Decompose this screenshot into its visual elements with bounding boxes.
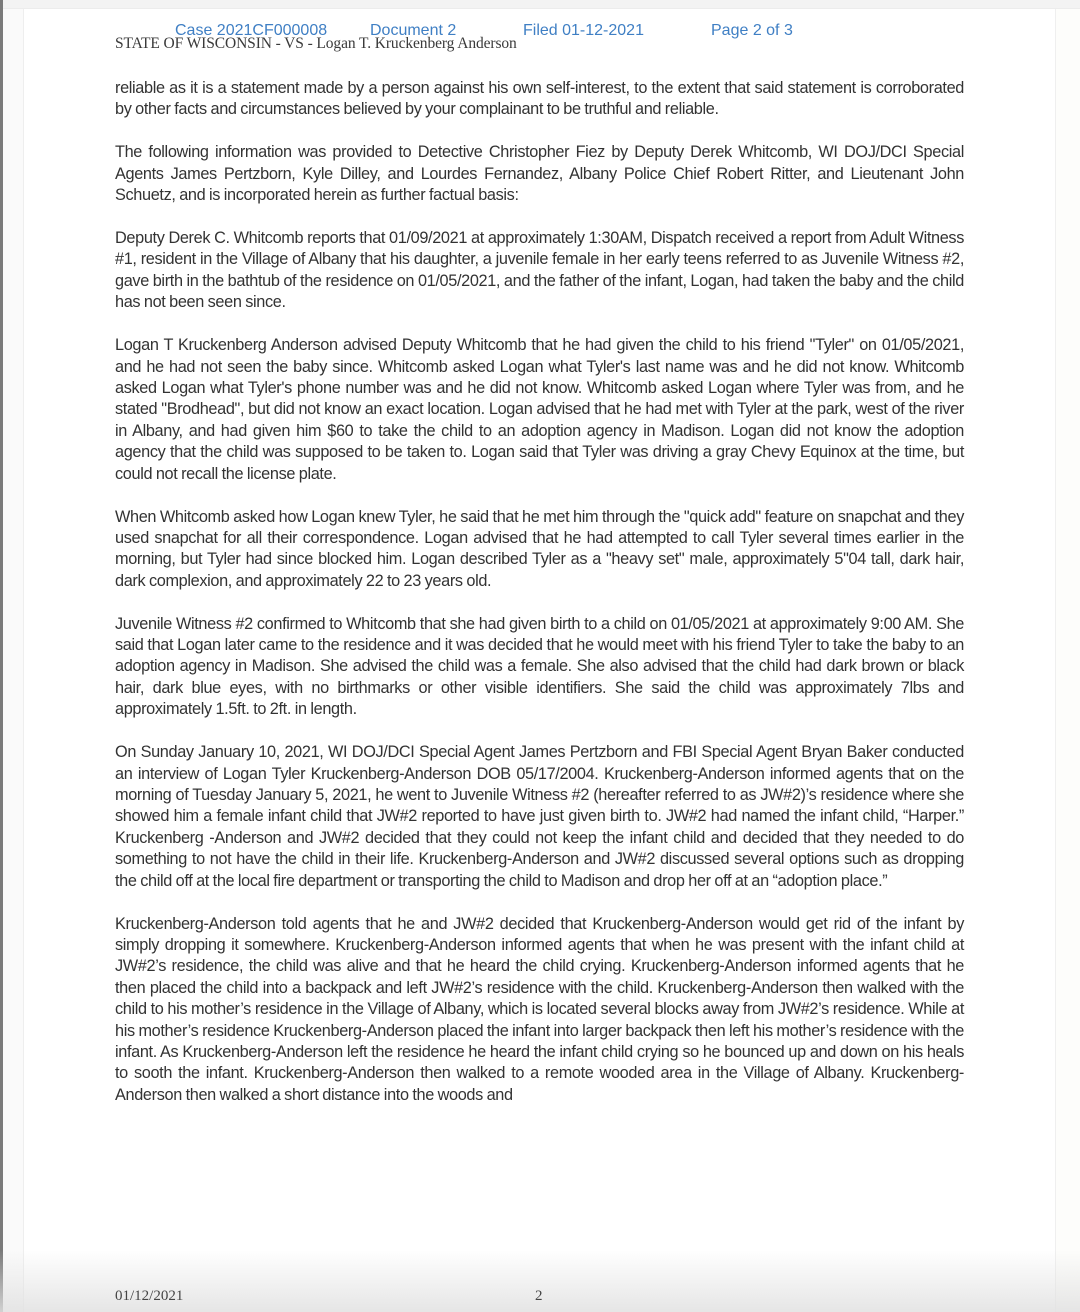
page-right-margin: [1055, 9, 1080, 1312]
case-caption: STATE OF WISCONSIN - VS - Logan T. Kruck…: [115, 35, 517, 53]
footer-date: 01/12/2021: [115, 1288, 183, 1305]
paragraph: On Sunday January 10, 2021, WI DOJ/DCI S…: [115, 742, 964, 892]
paragraph: The following information was provided t…: [115, 142, 964, 206]
footer-page-number: 2: [535, 1288, 543, 1305]
viewer-top-band: [0, 0, 1080, 9]
paragraph: Logan T Kruckenberg Anderson advised Dep…: [115, 335, 964, 485]
page-left-margin: [3, 9, 24, 1312]
paragraph: reliable as it is a statement made by a …: [115, 78, 964, 121]
paragraph: Juvenile Witness #2 confirmed to Whitcom…: [115, 614, 964, 721]
paragraph: When Whitcomb asked how Logan knew Tyler…: [115, 507, 964, 593]
page-footer: 01/12/2021 2: [115, 1288, 975, 1310]
page-header: Case 2021CF000008 Document 2 Filed 01-12…: [115, 20, 975, 56]
paragraph: Kruckenberg-Anderson told agents that he…: [115, 914, 964, 1107]
filed-date-stamp: Filed 01-12-2021: [523, 22, 644, 40]
document-body: reliable as it is a statement made by a …: [115, 78, 964, 1128]
paragraph: Deputy Derek C. Whitcomb reports that 01…: [115, 228, 964, 314]
page-count-stamp: Page 2 of 3: [711, 22, 793, 40]
